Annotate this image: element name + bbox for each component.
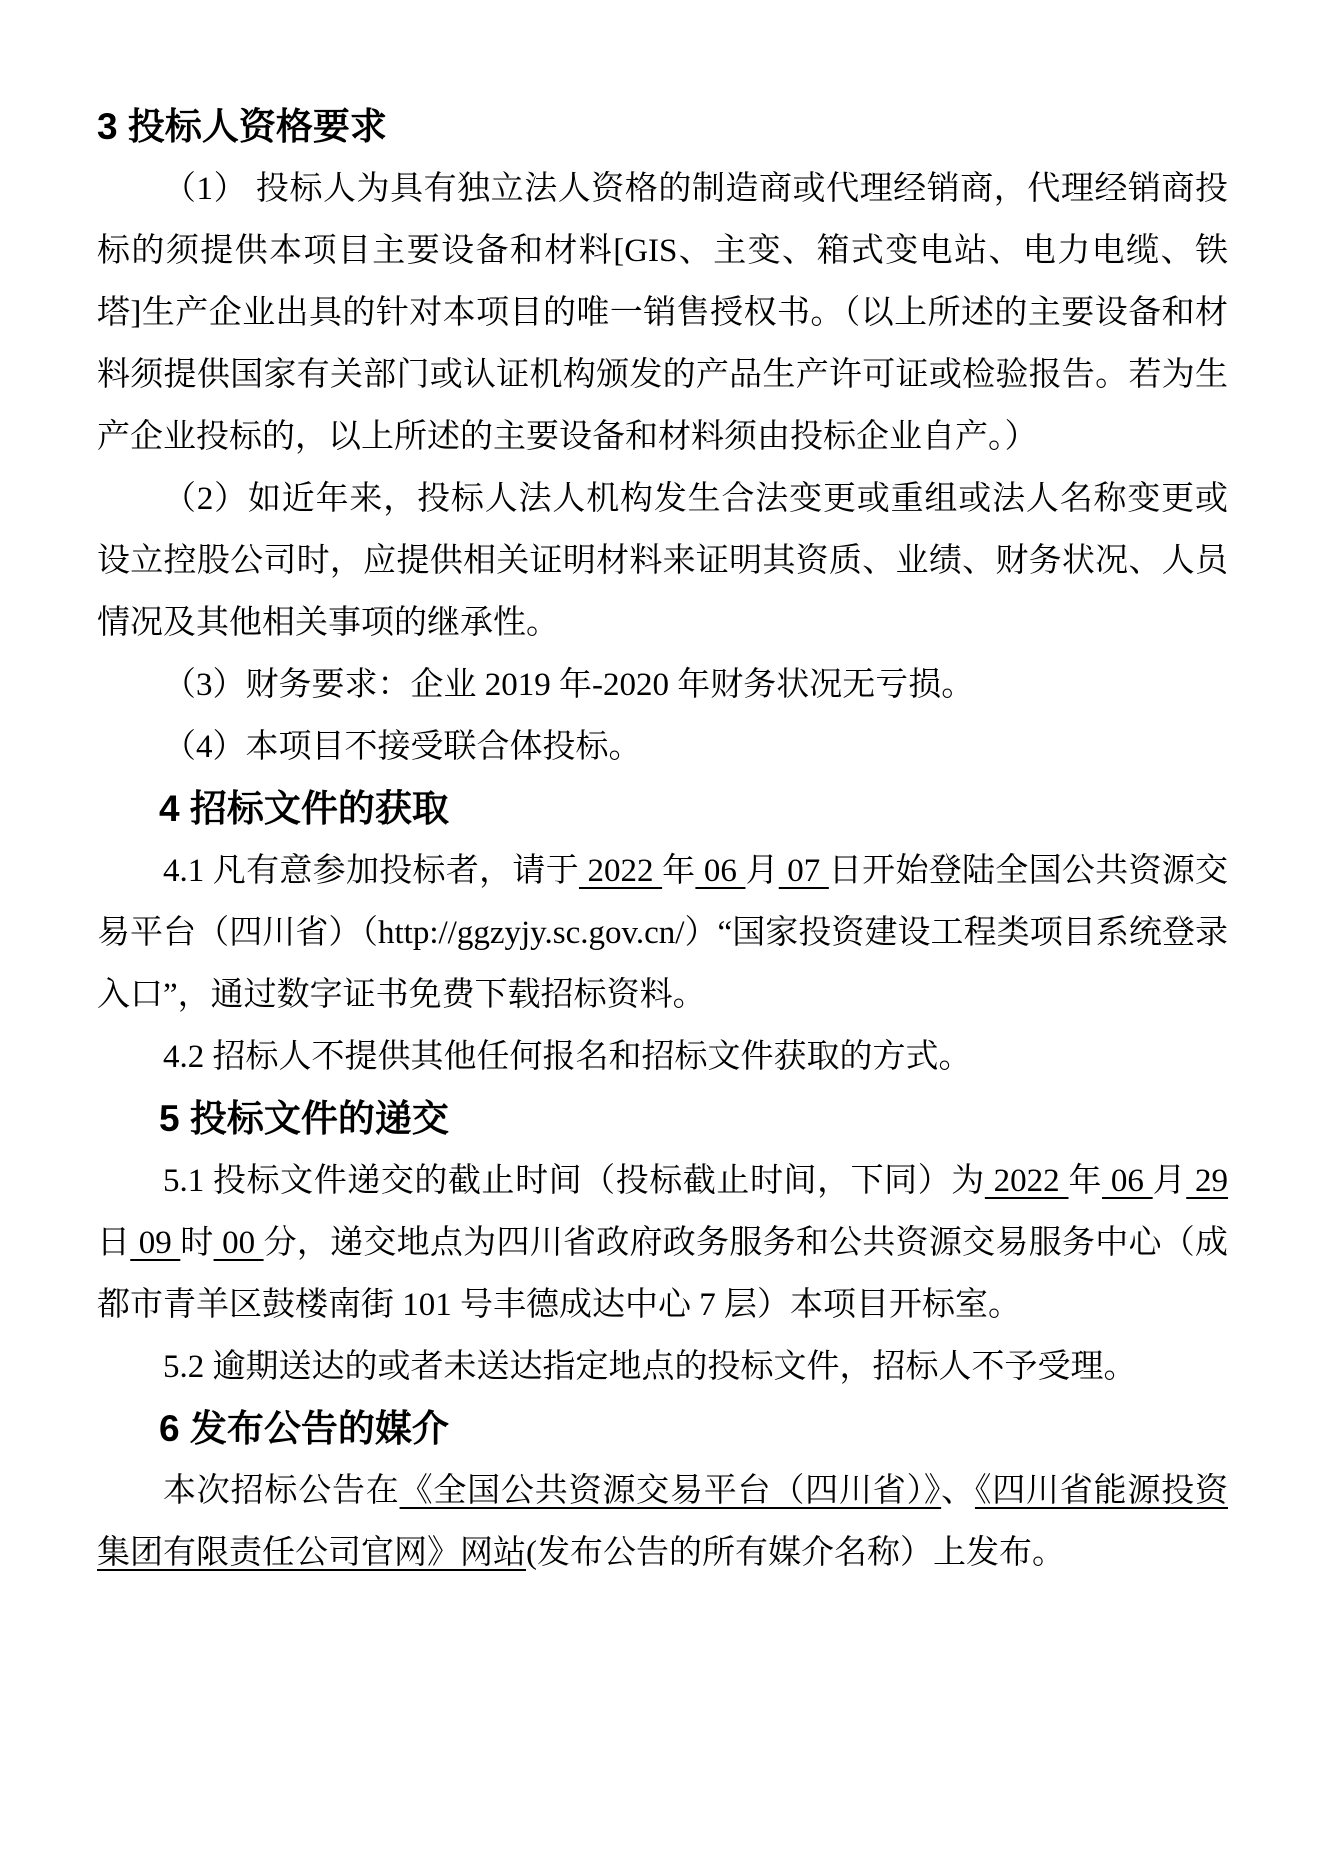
underlined-date-day: 29 xyxy=(1186,1163,1228,1199)
underlined-time-hour: 09 xyxy=(130,1225,180,1261)
underlined-media-platform-name: 《全国公共资源交易平台（四川省）》 xyxy=(400,1473,942,1509)
paragraph-5-2: 5.2 逾期送达的或者未送达指定地点的投标文件，招标人不予受理。 xyxy=(97,1336,1228,1398)
text-run: 4.2 招标人不提供其他任何报名和招标文件获取的方式。 xyxy=(163,1039,972,1075)
text-run: 本次招标公告在 xyxy=(163,1473,400,1509)
text-run: 分，递交地点为四川省政府政务服务和公共资源交易服务中心（成都市青羊区鼓楼南街 1… xyxy=(97,1225,1228,1323)
paragraph-qualification-3: （3）财务要求：企业 2019 年-2020 年财务状况无亏损。 xyxy=(97,654,1228,716)
text-run: 时 xyxy=(180,1225,213,1261)
paragraph-6-1: 本次招标公告在《全国公共资源交易平台（四川省）》、《四川省能源投资集团有限责任公… xyxy=(97,1460,1228,1584)
paragraph-4-2: 4.2 招标人不提供其他任何报名和招标文件获取的方式。 xyxy=(97,1026,1228,1088)
text-run: 年 xyxy=(1068,1163,1102,1199)
paragraph-4-1: 4.1 凡有意参加投标者，请于 2022 年 06 月 07 日开始登陆全国公共… xyxy=(97,840,1228,1026)
text-run: （4）本项目不接受联合体投标。 xyxy=(163,729,642,765)
underlined-date-year: 2022 xyxy=(985,1163,1069,1199)
text-run: 、 xyxy=(941,1473,975,1509)
paragraph-5-1: 5.1 投标文件递交的截止时间（投标截止时间，下同）为 2022 年 06 月 … xyxy=(97,1150,1228,1336)
text-run: （1） 投标人为具有独立法人资格的制造商或代理经销商，代理经销商投标的须提供本项… xyxy=(97,171,1228,455)
text-run: 日 xyxy=(97,1225,130,1261)
underlined-time-minute: 00 xyxy=(214,1225,264,1261)
text-run: 4.1 凡有意参加投标者，请于 xyxy=(163,853,579,889)
paragraph-qualification-2: （2）如近年来，投标人法人机构发生合法变更或重组或法人名称变更或设立控股公司时，… xyxy=(97,468,1228,654)
document-page: 3 投标人资格要求 （1） 投标人为具有独立法人资格的制造商或代理经销商，代理经… xyxy=(0,0,1323,1871)
section-heading-5-bid-submission: 5 投标文件的递交 xyxy=(97,1088,1228,1150)
text-run: 年 xyxy=(662,853,695,889)
text-run: 5.2 逾期送达的或者未送达指定地点的投标文件，招标人不予受理。 xyxy=(163,1349,1137,1385)
underlined-date-day: 07 xyxy=(779,853,829,889)
paragraph-qualification-4: （4）本项目不接受联合体投标。 xyxy=(97,716,1228,778)
underlined-date-month: 06 xyxy=(695,853,745,889)
text-run: 月 xyxy=(745,853,778,889)
section-heading-6-announcement-media: 6 发布公告的媒介 xyxy=(97,1398,1228,1460)
paragraph-qualification-1: （1） 投标人为具有独立法人资格的制造商或代理经销商，代理经销商投标的须提供本项… xyxy=(97,158,1228,468)
text-run: （2）如近年来，投标人法人机构发生合法变更或重组或法人名称变更或设立控股公司时，… xyxy=(97,481,1228,641)
underlined-date-month: 06 xyxy=(1102,1163,1153,1199)
text-run: 5.1 投标文件递交的截止时间（投标截止时间，下同）为 xyxy=(163,1163,985,1199)
text-run: (发布公告的所有媒介名称）上发布。 xyxy=(526,1535,1065,1571)
underlined-date-year: 2022 xyxy=(579,853,662,889)
section-heading-4-obtaining-documents: 4 招标文件的获取 xyxy=(97,778,1228,840)
section-heading-3-bidder-qualification: 3 投标人资格要求 xyxy=(97,96,1228,158)
text-run: 月 xyxy=(1153,1163,1187,1199)
document-body: 3 投标人资格要求 （1） 投标人为具有独立法人资格的制造商或代理经销商，代理经… xyxy=(97,96,1228,1584)
text-run: （3）财务要求：企业 2019 年-2020 年财务状况无亏损。 xyxy=(163,667,974,703)
